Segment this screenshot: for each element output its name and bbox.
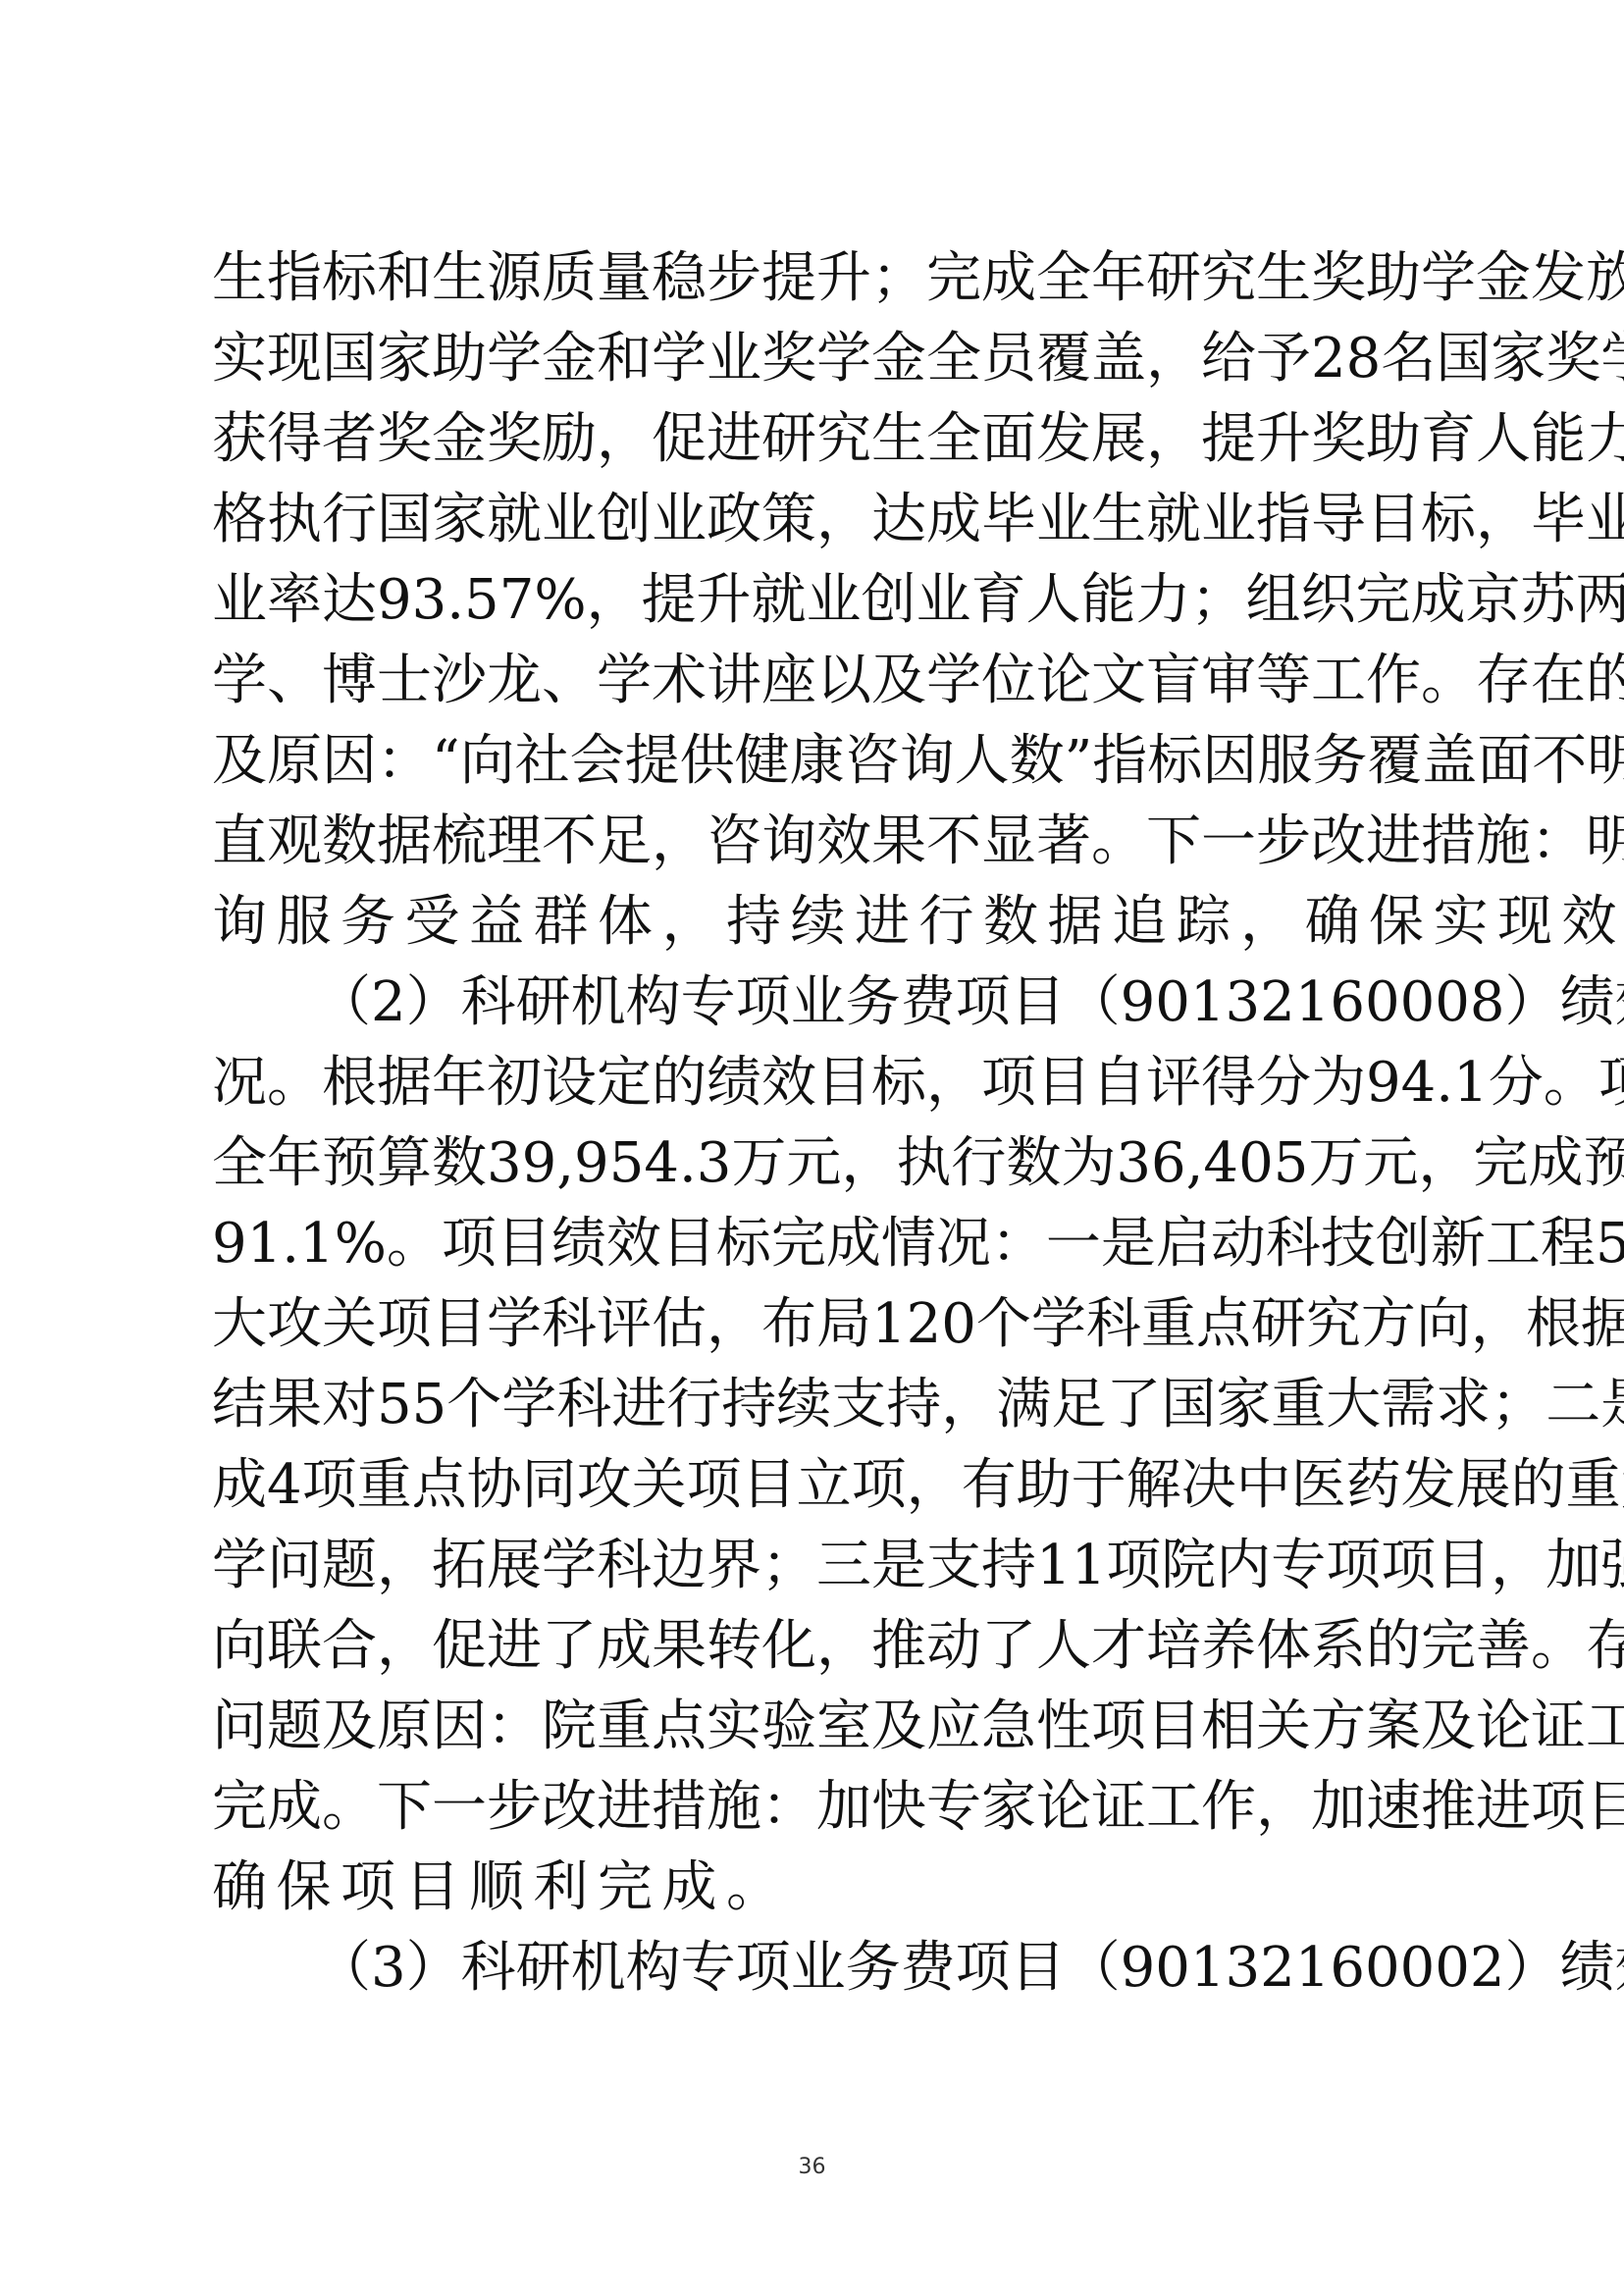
text-line: 格执行国家就业创业政策，达成毕业生就业指导目标，毕业生就 bbox=[212, 480, 1434, 560]
document-page: 生指标和生源质量稳步提升；完成全年研究生奖助学金发放工作， 实现国家助学金和学业… bbox=[0, 0, 1624, 2295]
text-line: 全年预算数39,954.3万元，执行数为36,405万元，完成预算的 bbox=[212, 1123, 1434, 1204]
text-line: 结果对55个学科进行持续支持，满足了国家重大需求；二是完 bbox=[212, 1365, 1434, 1445]
text-line: 确保项目顺利完成。 bbox=[212, 1848, 1439, 1928]
text-line: 成4项重点协同攻关项目立项，有助于解决中医药发展的重大科 bbox=[212, 1445, 1434, 1526]
text-line: 91.1%。项目绩效目标完成情况：一是启动科技创新工程55个重 bbox=[212, 1204, 1434, 1284]
section-heading-line: （3）科研机构专项业务费项目（90132160002）绩效自评情 bbox=[212, 1928, 1434, 2008]
text-line: 况。根据年初设定的绩效目标，项目自评得分为94.1分。项目 bbox=[212, 1043, 1434, 1123]
body-text: 生指标和生源质量稳步提升；完成全年研究生奖助学金发放工作， 实现国家助学金和学业… bbox=[212, 238, 1439, 2008]
page-number: 36 bbox=[0, 2155, 1624, 2179]
paragraph-project-90132160008: （2）科研机构专项业务费项目（90132160008）绩效自评情 况。根据年初设… bbox=[212, 963, 1439, 1928]
section-heading-line: （2）科研机构专项业务费项目（90132160008）绩效自评情 bbox=[212, 963, 1434, 1043]
text-line: 询服务受益群体，持续进行数据追踪，确保实现效益最大化。 bbox=[212, 882, 1439, 963]
text-line: 大攻关项目学科评估，布局120个学科重点研究方向，根据评估 bbox=[212, 1284, 1434, 1365]
text-line: 学问题，拓展学科边界；三是支持11项院内专项项目，加强横 bbox=[212, 1526, 1434, 1606]
text-line: 向联合，促进了成果转化，推动了人才培养体系的完善。存在的 bbox=[212, 1606, 1434, 1687]
text-line: 及原因：“向社会提供健康咨询人数”指标因服务覆盖面不明确、 bbox=[212, 721, 1434, 802]
text-line: 生指标和生源质量稳步提升；完成全年研究生奖助学金发放工作， bbox=[212, 238, 1434, 319]
paragraph-graduate-education-continuation: 生指标和生源质量稳步提升；完成全年研究生奖助学金发放工作， 实现国家助学金和学业… bbox=[212, 238, 1439, 963]
text-line: 完成。下一步改进措施：加快专家论证工作，加速推进项目进度， bbox=[212, 1767, 1434, 1848]
text-line: 业率达93.57%，提升就业创业育人能力；组织完成京苏两地教 bbox=[212, 560, 1434, 641]
text-line: 实现国家助学金和学业奖学金全员覆盖，给予28名国家奖学金 bbox=[212, 319, 1434, 399]
text-line: 直观数据梳理不足，咨询效果不显著。下一步改进措施：明确咨 bbox=[212, 802, 1434, 882]
text-line: 获得者奖金奖励，促进研究生全面发展，提升奖助育人能力；严 bbox=[212, 399, 1434, 480]
text-line: 学、博士沙龙、学术讲座以及学位论文盲审等工作。存在的问题 bbox=[212, 641, 1434, 721]
text-line: 问题及原因：院重点实验室及应急性项目相关方案及论证工作未 bbox=[212, 1687, 1434, 1767]
paragraph-project-90132160002: （3）科研机构专项业务费项目（90132160002）绩效自评情 bbox=[212, 1928, 1439, 2008]
